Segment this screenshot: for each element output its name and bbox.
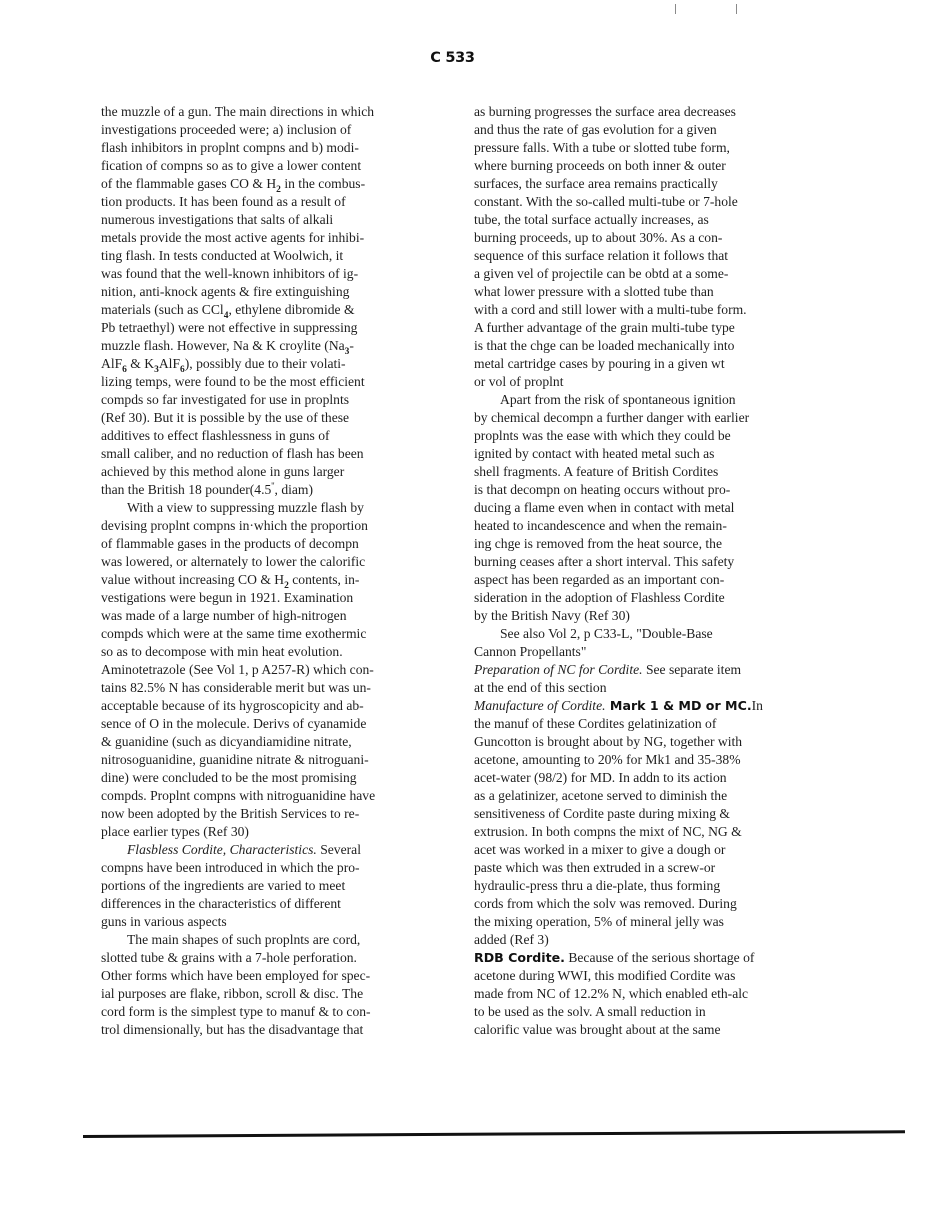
text-line: constant. With the so-called multi-tube … [474,193,819,211]
text-line: devising proplnt compns in·which the pro… [101,517,446,535]
bottom-horizontal-rule [83,1130,905,1138]
text-line: slotted tube & grains with a 7-hole perf… [101,949,446,967]
page-number-header: C 533 [0,50,905,66]
text-line: small caliber, and no reduction of flash… [101,445,446,463]
text-line: than the British 18 pounder(4.5'', diam) [101,481,446,499]
text-line: With a view to suppressing muzzle flash … [101,499,446,517]
text-line: was lowered, or alternately to lower the… [101,553,446,571]
bold-run-in-heading: Mark 1 & MD or MC. [606,698,752,713]
text-line: burning proceeds, up to about 30%. As a … [474,229,819,247]
text-line: tube, the total surface actually increas… [474,211,819,229]
text-line: a given vel of projectile can be obtd at… [474,265,819,283]
text-line: sensitiveness of Cordite paste during mi… [474,805,819,823]
text-line: fication of compns so as to give a lower… [101,157,446,175]
text-line: hydraulic-press thru a die-plate, thus f… [474,877,819,895]
text-line: cords from which the solv was removed. D… [474,895,819,913]
text-line: by chemical decompn a further danger wit… [474,409,819,427]
text-line: the muzzle of a gun. The main directions… [101,103,446,121]
text-line: to be used as the solv. A small reductio… [474,1003,819,1021]
text-line: A further advantage of the grain multi-t… [474,319,819,337]
text-line: what lower pressure with a slotted tube … [474,283,819,301]
text-line: ignited by contact with heated metal suc… [474,445,819,463]
text-line: numerous investigations that salts of al… [101,211,446,229]
text-line: sence of O in the molecule. Derivs of cy… [101,715,446,733]
text-line: or vol of proplnt [474,373,819,391]
text-line: nitrosoguanidine, guanidine nitrate & ni… [101,751,446,769]
text-line: materials (such as CCl4, ethylene dibrom… [101,301,446,319]
text-line: muzzle flash. However, Na & K croylite (… [101,337,446,355]
text-line: investigations proceeded were; a) inclus… [101,121,446,139]
italic-run-in-heading: Preparation of NC for Cordite. [474,662,643,677]
text-line: compds. Proplnt compns with nitroguanidi… [101,787,446,805]
text-line: flash inhibitors in proplnt compns and b… [101,139,446,157]
text-line: tains 82.5% N has considerable merit but… [101,679,446,697]
left-text-column: the muzzle of a gun. The main directions… [101,103,446,1039]
text-line: differences in the characteristics of di… [101,895,446,913]
text-line: Manufacture of Cordite. Mark 1 & MD or M… [474,697,819,715]
text-line: so as to decompose with min heat evoluti… [101,643,446,661]
text-line: additives to effect flashlessness in gun… [101,427,446,445]
text-line: of the flammable gases CO & H2 in the co… [101,175,446,193]
text-line: Guncotton is brought about by NG, togeth… [474,733,819,751]
text-line: proplnts was the ease with which they co… [474,427,819,445]
text-line: (Ref 30). But it is possible by the use … [101,409,446,427]
text-line: the manuf of these Cordites gelatinizati… [474,715,819,733]
text-line: where burning proceeds on both inner & o… [474,157,819,175]
text-line: Preparation of NC for Cordite. See separ… [474,661,819,679]
text-line: tion products. It has been found as a re… [101,193,446,211]
text-line: dine) were concluded to be the most prom… [101,769,446,787]
text-line: was made of a large number of high-nitro… [101,607,446,625]
bold-run-in-heading: RDB Cordite. [474,950,565,965]
text-line: Cannon Propellants" [474,643,819,661]
text-line: Other forms which have been employed for… [101,967,446,985]
text-line: is that the chge can be loaded mechanica… [474,337,819,355]
text-line: as burning progresses the surface area d… [474,103,819,121]
right-text-column: as burning progresses the surface area d… [474,103,819,1039]
text-line: metals provide the most active agents fo… [101,229,446,247]
text-line: was found that the well-known inhibitors… [101,265,446,283]
text-line: with a cord and still lower with a multi… [474,301,819,319]
text-line: burning ceases after a short interval. T… [474,553,819,571]
text-line: sideration in the adoption of Flashless … [474,589,819,607]
text-line: ing chge is removed from the heat source… [474,535,819,553]
text-line: is that decompn on heating occurs withou… [474,481,819,499]
superscript: '' [271,481,274,491]
text-line: of flammable gases in the products of de… [101,535,446,553]
text-line: cord form is the simplest type to manuf … [101,1003,446,1021]
text-line: AlF6 & K3AlF6), possibly due to their vo… [101,355,446,373]
text-line: Aminotetrazole (See Vol 1, p A257-R) whi… [101,661,446,679]
text-line: acceptable because of its hygroscopicity… [101,697,446,715]
text-line: ial purposes are flake, ribbon, scroll &… [101,985,446,1003]
text-line: the mixing operation, 5% of mineral jell… [474,913,819,931]
text-line: calorific value was brought about at the… [474,1021,819,1039]
text-line: portions of the ingredients are varied t… [101,877,446,895]
text-line: added (Ref 3) [474,931,819,949]
text-line: ting flash. In tests conducted at Woolwi… [101,247,446,265]
text-line: See also Vol 2, p C33-L, "Double-Base [474,625,819,643]
text-line: aspect has been regarded as an important… [474,571,819,589]
text-line: metal cartridge cases by pouring in a gi… [474,355,819,373]
text-line: value without increasing CO & H2 content… [101,571,446,589]
text-line: heated to incandescence and when the rem… [474,517,819,535]
text-line: sequence of this surface relation it fol… [474,247,819,265]
text-line: lizing temps, were found to be the most … [101,373,446,391]
text-line: pressure falls. With a tube or slotted t… [474,139,819,157]
scan-mark [736,4,737,14]
text-line: Apart from the risk of spontaneous ignit… [474,391,819,409]
text-line: acet was worked in a mixer to give a dou… [474,841,819,859]
text-line: The main shapes of such proplnts are cor… [101,931,446,949]
text-line: guns in various aspects [101,913,446,931]
text-line: acetone, amounting to 20% for Mk1 and 35… [474,751,819,769]
text-line: shell fragments. A feature of British Co… [474,463,819,481]
text-line: paste which was then extruded in a screw… [474,859,819,877]
italic-run-in-heading: Flasbless Cordite, Characteristics. [127,842,317,857]
text-line: extrusion. In both compns the mixt of NC… [474,823,819,841]
text-line: acet-water (98/2) for MD. In addn to its… [474,769,819,787]
text-line: nition, anti-knock agents & fire extingu… [101,283,446,301]
text-line: Flasbless Cordite, Characteristics. Seve… [101,841,446,859]
text-line: as a gelatinizer, acetone served to dimi… [474,787,819,805]
text-line: achieved by this method alone in guns la… [101,463,446,481]
text-line: and thus the rate of gas evolution for a… [474,121,819,139]
text-line: compds so far investigated for use in pr… [101,391,446,409]
text-line: made from NC of 12.2% N, which enabled e… [474,985,819,1003]
text-line: place earlier types (Ref 30) [101,823,446,841]
text-line: & guanidine (such as dicyandiamidine nit… [101,733,446,751]
text-line: ducing a flame even when in contact with… [474,499,819,517]
text-line: RDB Cordite. Because of the serious shor… [474,949,819,967]
italic-run-in-heading: Manufacture of Cordite. [474,698,606,713]
text-line: now been adopted by the British Services… [101,805,446,823]
scan-mark [675,4,676,14]
text-line: acetone during WWI, this modified Cordit… [474,967,819,985]
text-line: at the end of this section [474,679,819,697]
text-line: vestigations were begun in 1921. Examina… [101,589,446,607]
text-line: Pb tetraethyl) were not effective in sup… [101,319,446,337]
text-line: by the British Navy (Ref 30) [474,607,819,625]
text-line: surfaces, the surface area remains pract… [474,175,819,193]
text-line: trol dimensionally, but has the disadvan… [101,1021,446,1039]
text-line: compds which were at the same time exoth… [101,625,446,643]
text-line: compns have been introduced in which the… [101,859,446,877]
